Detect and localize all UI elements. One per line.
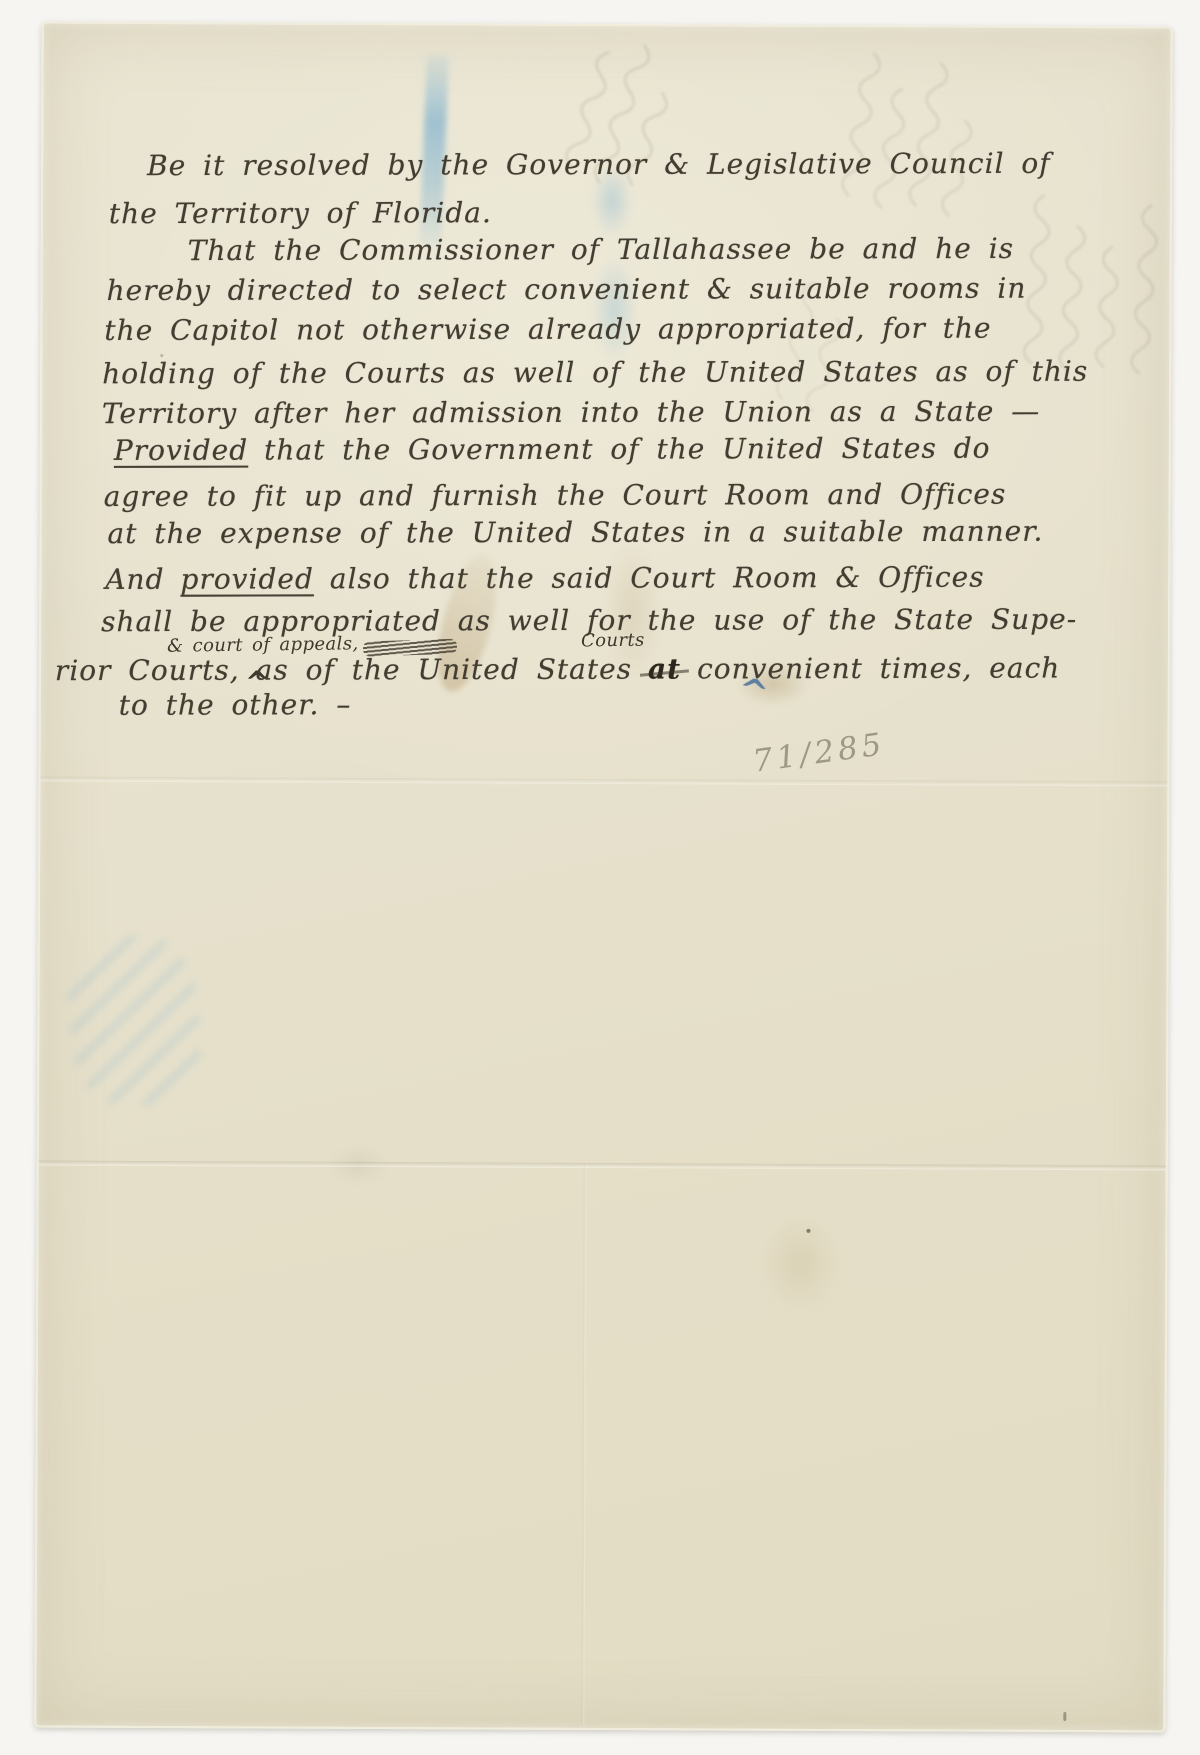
manuscript-line: hereby directed to select convenient & s… bbox=[107, 272, 1027, 307]
blue-pencil-smudge bbox=[61, 930, 207, 1112]
line-text: convenient times, each bbox=[697, 651, 1060, 685]
document-scan: Be it resolved by the Governor & Legisla… bbox=[0, 0, 1200, 1755]
paper-speck bbox=[1063, 1712, 1066, 1721]
manuscript-line: the Territory of Florida. bbox=[109, 196, 492, 230]
manuscript-line: holding of the Courts as well of the Uni… bbox=[102, 355, 1088, 391]
interline-insertion: Courts bbox=[581, 630, 645, 652]
line-text: that the Government of the United States… bbox=[264, 432, 990, 467]
blue-pencil-smudge bbox=[590, 254, 638, 364]
manuscript-line: Providedthat the Government of the Unite… bbox=[114, 432, 991, 467]
line-text: as of the United States bbox=[256, 653, 632, 687]
paper-stain bbox=[758, 1211, 842, 1315]
manuscript-line: Territory after her admission into the U… bbox=[102, 395, 1040, 430]
manuscript-line: rior Courts,as of the United Statesatcon… bbox=[55, 651, 1060, 687]
underlined-word: Provided bbox=[114, 434, 248, 467]
line-text: rior Courts, bbox=[55, 654, 240, 687]
paper-speck bbox=[806, 1229, 810, 1233]
line-text: And bbox=[105, 563, 164, 596]
manuscript-page: Be it resolved by the Governor & Legisla… bbox=[34, 22, 1172, 1733]
line-text: also that the said Court Room & Offices bbox=[330, 561, 985, 596]
manuscript-line: at the expense of the United States in a… bbox=[107, 515, 1043, 550]
underlined-word: provided bbox=[180, 562, 313, 595]
manuscript-line: Be it resolved by the Governor & Legisla… bbox=[147, 147, 1051, 182]
fold-crease bbox=[581, 1165, 586, 1725]
fold-crease bbox=[39, 1161, 1166, 1171]
archival-number: 71/285 bbox=[751, 726, 888, 780]
manuscript-line: Andprovidedalso that the said Court Room… bbox=[105, 561, 984, 596]
manuscript-line: agree to fit up and furnish the Court Ro… bbox=[104, 478, 1007, 513]
fold-crease bbox=[40, 777, 1167, 787]
manuscript-line: That the Commissioner of Tallahassee be … bbox=[188, 232, 1014, 267]
manuscript-line: the Capitol not otherwise already approp… bbox=[104, 312, 991, 347]
overwritten-word: at bbox=[648, 652, 681, 685]
manuscript-line: to the other. – bbox=[119, 688, 352, 722]
